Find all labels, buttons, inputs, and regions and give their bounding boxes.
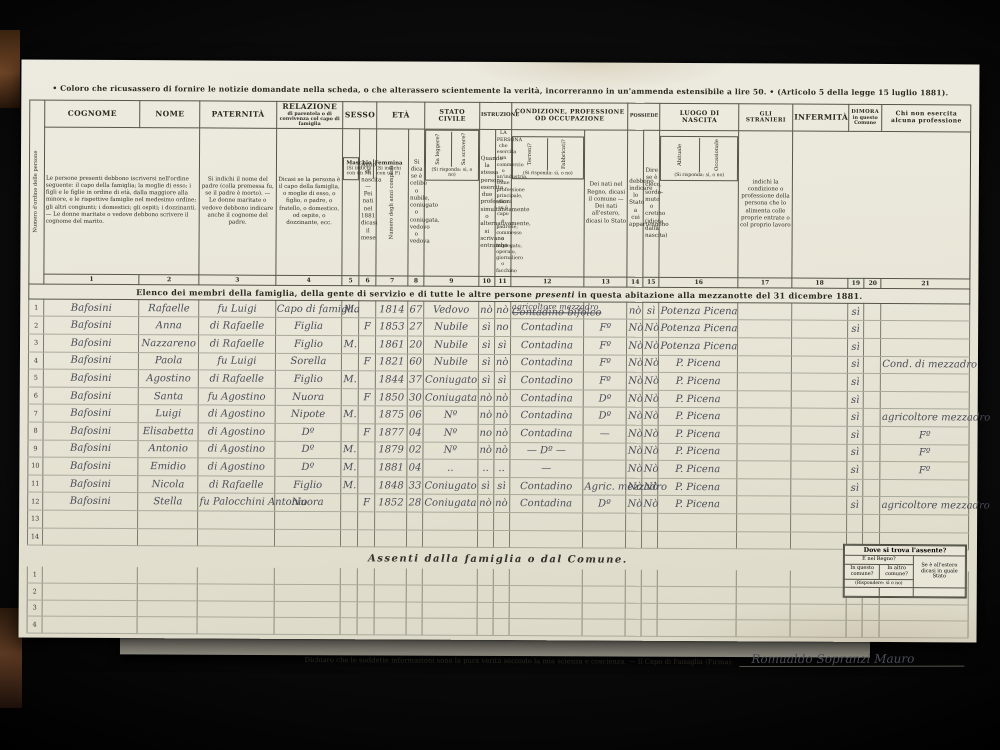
- desc-stato-civile: Si dica se è celibe o nubile, coniugato …: [408, 129, 425, 275]
- cell-stato: Nubile: [424, 319, 479, 337]
- cell-anni: 27: [408, 318, 424, 336]
- cell-terreni: Nò: [627, 337, 643, 355]
- cell-infermita: [790, 604, 846, 621]
- cell-legge: sì: [478, 319, 494, 337]
- cell-anno: 1853: [376, 318, 408, 336]
- cell-anno: 1848: [375, 477, 407, 495]
- cell-anni: 67: [408, 301, 424, 319]
- cell-terreni: [626, 531, 642, 549]
- cell-cond: Contadino: [509, 477, 582, 495]
- cell-abituale: sì: [847, 391, 864, 409]
- cell-cond: [509, 602, 582, 619]
- cell-anni: [406, 585, 422, 602]
- cell-stato: ..: [423, 459, 478, 477]
- cell-paternita: fu Luigi: [199, 300, 275, 318]
- cell-abituale: sì: [846, 497, 863, 515]
- assenti-table: 1234: [27, 567, 969, 638]
- cell-legge: nò: [477, 495, 493, 513]
- cell-anni: 60: [408, 354, 424, 372]
- cell-sf: [358, 512, 375, 530]
- cell-anni: 04: [407, 424, 423, 442]
- cell-anni: 28: [407, 494, 423, 512]
- cell-luogo: [657, 619, 736, 636]
- cell-cognome: Bafosini: [43, 387, 138, 405]
- cell-luogo: P. Picena: [658, 496, 737, 514]
- cell-paternita: di Agostino: [198, 405, 274, 423]
- cell-sm: [341, 494, 358, 512]
- cell-infermita: [791, 514, 847, 532]
- cell-sm: [341, 424, 358, 442]
- cell-condx: [583, 530, 626, 548]
- cell-abituale: sì: [847, 356, 864, 374]
- cell-paternita: [197, 601, 273, 618]
- cell-sf: [358, 441, 375, 459]
- cell-paternita: di Agostino: [198, 440, 274, 458]
- col-number: 7: [376, 276, 408, 286]
- cell-chinon: [879, 621, 968, 638]
- cell-legge: [477, 512, 493, 530]
- cell-fabbricati: Nò: [642, 460, 658, 478]
- cell-scrive: sì: [494, 336, 510, 354]
- cell-scrive: nò: [494, 407, 510, 425]
- desc-istruzione: Sa leggere? Sa scrivere? (Si risponda: s…: [425, 130, 479, 181]
- cell-occasionale: [862, 621, 879, 638]
- desc-sesso: Maschio(Si indichi con un M) Femmina(Si …: [343, 157, 359, 180]
- cell-occasionale: [864, 338, 881, 356]
- cell-fabbricati: Nò: [642, 496, 658, 514]
- col-number: 20: [864, 278, 881, 288]
- cell-cognome: Bafosini: [43, 422, 138, 440]
- col-number: 2: [139, 274, 199, 284]
- cell-chinon: [880, 479, 969, 497]
- cell-nome: Elisabetta: [138, 423, 198, 441]
- cell-sf: F: [359, 353, 376, 371]
- desc-anno-nascita: Anno di nascita — Pei nati nel 1881 dica…: [359, 129, 377, 275]
- assente-box-table: Dove si trova l'assente? È nel Regno? Se…: [844, 545, 966, 597]
- cell-fabbricati: Nò: [642, 443, 658, 461]
- col-number: 13: [584, 277, 627, 287]
- cell-luogo: Potenza Picena: [659, 320, 738, 338]
- cell-abituale: sì: [847, 303, 864, 321]
- desc-possiede: Terreni? Fabbricati? (Si risponda: sì, o…: [512, 136, 585, 179]
- cell-infermita: [790, 571, 846, 588]
- cell-condx: Dº: [583, 390, 626, 408]
- col-number: 12: [511, 276, 584, 286]
- cell-fabbricati: Nò: [643, 372, 659, 390]
- cell-sm: [341, 529, 358, 547]
- cell-fabbricati: [642, 586, 658, 603]
- cell-infermita: [791, 461, 847, 479]
- cell-sm: M.: [341, 476, 358, 494]
- cell-scrive: [493, 619, 509, 636]
- cell-legge: sì: [478, 336, 494, 354]
- cell-chinon: [881, 391, 970, 409]
- cell-anno: 1881: [375, 459, 407, 477]
- cell-condx: Dº: [583, 407, 626, 425]
- cell-sf: [359, 371, 376, 389]
- cell-stranieri: [736, 620, 790, 637]
- col-header-sesso: SESSO: [343, 102, 377, 130]
- cell-sf: [359, 336, 376, 354]
- cell-nome: Agostino: [138, 370, 198, 388]
- cell-abituale: [846, 604, 863, 621]
- cell-infermita: [792, 320, 848, 338]
- cell-cognome: [42, 567, 137, 584]
- cell-luogo: P. Picena: [658, 478, 737, 496]
- cell-scrive: [493, 512, 509, 530]
- cell-condx: [582, 586, 625, 603]
- cell-occasionale: [863, 444, 880, 462]
- cell-stranieri: [737, 531, 791, 549]
- cell-n: 10: [28, 457, 43, 475]
- desc-infermita: Dire se è cieco, sordo-muto o cretino (i…: [643, 131, 660, 277]
- cell-fabbricati: Nò: [643, 390, 659, 408]
- cell-sf: F: [359, 318, 376, 336]
- cell-condx: Fº: [583, 372, 626, 390]
- cell-paternita: fu Palocchini Antonio: [198, 493, 274, 511]
- cell-scrive: sì: [494, 372, 510, 390]
- cell-chinon: agricoltore mezzadro: [881, 409, 970, 427]
- col-number: 21: [881, 278, 970, 288]
- cell-stranieri: [737, 478, 791, 496]
- col-header-chi-non-esercita: Chi non esercita alcuna professione: [882, 105, 971, 133]
- cell-nome: [137, 600, 197, 617]
- cell-sf: F: [358, 389, 375, 407]
- col-number: 6: [359, 276, 376, 286]
- cell-anno: [375, 512, 407, 530]
- cell-terreni: Nò: [626, 425, 642, 443]
- cell-stranieri: [738, 373, 792, 391]
- cell-occasionale: [864, 356, 881, 374]
- cell-stato: Coniugata: [423, 389, 478, 407]
- cell-anno: 1821: [376, 353, 408, 371]
- desc-luogo-nascita: Dei nati nel Regno, dicasi il comune — D…: [584, 130, 628, 277]
- cell-cond: Contadino: [510, 372, 583, 390]
- cell-sm: [340, 601, 357, 618]
- cell-anno: [374, 585, 406, 602]
- cell-anno: 1861: [376, 336, 408, 354]
- cell-terreni: Nò: [626, 408, 642, 426]
- cell-cond: Contadina: [510, 407, 583, 425]
- desc-anni-compiuti: Numero degli anni compiuti: [376, 129, 409, 276]
- cell-abituale: sì: [847, 426, 864, 444]
- cell-cognome: Bafosini: [43, 404, 138, 422]
- cell-sm: [341, 512, 358, 530]
- cell-nome: Santa: [138, 387, 198, 405]
- desc-relazione: Dicasi se la persona è il capo della fam…: [275, 129, 343, 276]
- desc-dimora: Abituale Occasionale (Si risponda: sì, o…: [660, 136, 738, 181]
- cell-stranieri: [737, 426, 791, 444]
- cell-anni: [407, 512, 423, 530]
- cell-occasionale: [864, 321, 881, 339]
- cell-luogo: P. Picena: [658, 408, 737, 426]
- cell-stranieri: [738, 303, 792, 321]
- col-number: 10: [479, 276, 495, 286]
- cell-anno: [375, 529, 407, 547]
- cell-n: 9: [28, 440, 43, 458]
- col-header-infermita: INFERMITÀ: [793, 104, 849, 132]
- cell-stranieri: [737, 496, 791, 514]
- cell-cond: [509, 619, 582, 636]
- cell-paternita: [198, 584, 274, 601]
- col-number: 3: [199, 275, 275, 285]
- cell-nome: Antonio: [138, 440, 198, 458]
- cell-sf: [357, 618, 374, 635]
- cell-stato: Nubile: [424, 336, 479, 354]
- cell-stranieri: [738, 391, 792, 409]
- cell-n: 1: [27, 567, 42, 584]
- cell-fabbricati: [641, 603, 657, 620]
- cell-condx: [583, 443, 626, 461]
- cell-infermita: [791, 479, 847, 497]
- col-number: 16: [659, 277, 738, 287]
- cell-n: 2: [29, 316, 44, 334]
- cell-sm: M.: [341, 406, 358, 424]
- cell-paternita: [198, 568, 274, 585]
- cell-legge: [477, 602, 493, 619]
- cell-anni: [406, 618, 422, 635]
- cell-cognome: Bafosini: [43, 369, 138, 387]
- cell-luogo: P. Picena: [659, 390, 738, 408]
- assenti-title: Assenti dalla famiglia o dal Comune.: [27, 552, 969, 568]
- col-header-relazione: RELAZIONEdi parentela o di convivenza co…: [276, 101, 343, 129]
- cell-occasionale: [864, 391, 881, 409]
- cell-anno: [374, 568, 406, 585]
- cell-n: 2: [27, 583, 42, 600]
- cell-scrive: nò: [494, 424, 510, 442]
- cell-sm: [341, 568, 358, 585]
- cell-stato: Nº: [423, 406, 478, 424]
- col-number: 14: [627, 277, 643, 287]
- desc-chi-non-esercita: indichi la condizione o professione dell…: [738, 131, 792, 278]
- cell-luogo: [658, 586, 737, 603]
- cell-stato: Coniugato: [423, 477, 478, 495]
- cell-relazione: Dº: [274, 441, 341, 459]
- cell-anno: 1879: [375, 441, 407, 459]
- cell-n: 13: [28, 510, 43, 528]
- header-desc-row: Le persone presenti debbono iscriversi n…: [29, 127, 971, 278]
- cell-terreni: Nò: [627, 390, 643, 408]
- cell-stato: [423, 512, 478, 530]
- cell-relazione: [274, 511, 341, 529]
- cell-relazione: [274, 601, 341, 618]
- cell-nome: [137, 584, 197, 601]
- cell-anno: 1875: [375, 406, 407, 424]
- cell-luogo: [658, 531, 737, 549]
- cell-scrive: no: [494, 319, 510, 337]
- cell-relazione: Figlio: [275, 335, 342, 353]
- desc-paternita: Si indichi il nome del padre (colla prem…: [199, 128, 276, 275]
- cell-anni: 37: [407, 371, 423, 389]
- cell-anni: [406, 569, 422, 586]
- cell-infermita: [791, 444, 847, 462]
- cell-cognome: Bafosini: [43, 457, 138, 475]
- cell-nome: Rafaelle: [139, 299, 199, 317]
- cell-fabbricati: Nò: [642, 478, 658, 496]
- cell-condx: Dº: [583, 495, 626, 513]
- cell-legge: [477, 586, 493, 603]
- cell-scrive: sì: [493, 477, 509, 495]
- cell-terreni: [626, 570, 642, 587]
- cell-luogo: P. Picena: [658, 460, 737, 478]
- cell-n: 6: [28, 387, 43, 405]
- cell-relazione: Figlia: [275, 318, 342, 336]
- assente-location-box: Dove si trova l'assente? È nel Regno? Se…: [843, 544, 967, 598]
- cell-n: 12: [28, 492, 43, 510]
- cell-infermita: [792, 303, 848, 321]
- cell-sf: F: [358, 494, 375, 512]
- cell-scrive: nò: [494, 301, 510, 319]
- census-table: Numero d'ordine delle persone COGNOME NO…: [27, 100, 971, 551]
- cell-scrive: ..: [494, 460, 510, 478]
- cell-abituale: sì: [847, 338, 864, 356]
- cell-chinon: Fº: [880, 426, 969, 444]
- col-header-stranieri: GLI STRANIERI: [739, 104, 793, 132]
- cell-relazione: [274, 584, 341, 601]
- cell-infermita: [791, 373, 847, 391]
- cell-cognome: [42, 583, 137, 600]
- cell-scrive: [493, 569, 509, 586]
- cell-n: 11: [28, 475, 43, 493]
- col-header-numero: Numero d'ordine delle persone: [29, 100, 45, 284]
- cell-abituale: [846, 514, 863, 532]
- cell-anno: 1852: [375, 494, 407, 512]
- cell-fabbricati: Nò: [642, 425, 658, 443]
- cell-infermita: [791, 338, 847, 356]
- label-sa-scrivere: Sa scrivere?: [462, 133, 468, 165]
- cell-cognome: [43, 510, 138, 528]
- cell-abituale: sì: [847, 321, 864, 339]
- cell-infermita: [791, 356, 847, 374]
- cell-terreni: [626, 513, 642, 531]
- cell-cognome: Bafosini: [44, 299, 139, 317]
- cell-cond: Contadina: [510, 425, 583, 443]
- cell-anni: 06: [407, 406, 423, 424]
- cell-luogo: [658, 513, 737, 531]
- cell-condx: Agric. mezzadro: [583, 478, 626, 496]
- col-header-condizione: CONDIZIONE, PROFESSIONE OD OCCUPAZIONE: [511, 103, 628, 131]
- cell-scrive: nò: [494, 442, 510, 460]
- cell-stato: Nº: [423, 424, 478, 442]
- cell-anni: 20: [408, 336, 424, 354]
- cell-condx: [582, 619, 625, 636]
- col-number: 15: [643, 277, 659, 287]
- cell-occasionale: [864, 303, 881, 321]
- cell-condx: [582, 570, 625, 587]
- cell-terreni: Nò: [626, 460, 642, 478]
- col-number: 1: [44, 274, 139, 284]
- cell-chinon: [881, 303, 970, 321]
- table-wood-edge-top: [0, 30, 20, 108]
- penalty-warning: • Coloro che ricusassero di fornire le n…: [29, 84, 971, 98]
- cell-fabbricati: [642, 513, 658, 531]
- col-header-istruzione: ISTRUZIONE: [479, 102, 511, 130]
- label-fabbricati: Fabbricati?: [562, 140, 568, 170]
- cell-nome: [138, 528, 198, 546]
- cell-chinon: [880, 514, 969, 532]
- cell-abituale: sì: [846, 479, 863, 497]
- cell-occasionale: [864, 409, 881, 427]
- cell-scrive: nò: [494, 389, 510, 407]
- cell-paternita: [197, 617, 273, 634]
- cell-n: 3: [28, 334, 43, 352]
- cell-nome: Nicola: [138, 475, 198, 493]
- col-number: 4: [275, 275, 342, 285]
- cell-anni: 02: [407, 442, 423, 460]
- cell-cond: Contadina: [510, 337, 583, 355]
- cell-occasionale: [863, 497, 880, 515]
- table-row: 4: [27, 616, 968, 637]
- col-header-possiede: POSSIEDE: [628, 103, 660, 131]
- cell-infermita: [791, 426, 847, 444]
- cell-luogo: P. Picena: [659, 373, 738, 391]
- assente-box-q2: In altro comune?: [880, 565, 914, 580]
- cell-relazione: [274, 568, 341, 585]
- cell-anno: 1877: [375, 424, 407, 442]
- cell-paternita: di Rafaelle: [199, 370, 275, 388]
- cell-anno: 1814: [376, 301, 408, 319]
- cell-sm: [342, 388, 359, 406]
- photo-background: • Coloro che ricusassero di fornire le n…: [0, 0, 1000, 750]
- cell-condx: Fº: [584, 337, 627, 355]
- col-header-luogo-nascita: LUOGO DI NASCITA: [660, 103, 739, 131]
- label-sa-leggere: Sa leggere?: [436, 134, 442, 165]
- cell-stato: [422, 602, 477, 619]
- col-header-stato-civile: STATO CIVILE: [425, 102, 480, 130]
- label-occasionale: Occasionale: [715, 139, 721, 171]
- cell-sf: [358, 459, 375, 477]
- table-row: 14: [27, 528, 968, 551]
- cell-condx: [583, 460, 626, 478]
- cell-stato: Nº: [423, 442, 478, 460]
- cell-relazione: Nuora: [275, 388, 342, 406]
- col-header-nome: NOME: [140, 101, 200, 129]
- cell-cognome: Bafosini: [43, 475, 138, 493]
- cell-sf: F: [358, 424, 375, 442]
- cell-paternita: di Rafaelle: [199, 317, 275, 335]
- cell-stato: Coniugata: [423, 494, 478, 512]
- cell-legge: nò: [478, 442, 494, 460]
- cell-terreni: [626, 586, 642, 603]
- col-number: 8: [408, 276, 424, 286]
- census-sheet: • Coloro che ricusassero di fornire le n…: [18, 59, 979, 642]
- cell-fabbricati: sì: [643, 302, 659, 320]
- cell-chinon: [879, 604, 968, 621]
- cell-legge: [477, 619, 493, 636]
- cell-legge: no: [478, 424, 494, 442]
- cell-nome: [138, 511, 198, 529]
- cell-sm: M.: [342, 336, 359, 354]
- cell-cond: agricoltore mezzadroContadino bifolco: [510, 301, 583, 319]
- col-number: 9: [424, 276, 479, 286]
- cell-cognome: Bafosini: [44, 317, 139, 335]
- cell-sm: M.: [341, 459, 358, 477]
- cell-anni: 33: [407, 477, 423, 495]
- cell-cond: [509, 569, 582, 586]
- cell-legge: sì: [478, 354, 494, 372]
- cell-anni: 30: [407, 389, 423, 407]
- cell-cond: Contadina: [509, 495, 582, 513]
- cell-cognome: [42, 616, 137, 633]
- cell-condx: Fº: [584, 319, 627, 337]
- assente-box-estero: Se è all'estero dicasi in quale Stato: [913, 556, 965, 588]
- cell-terreni: Nò: [626, 478, 642, 496]
- cell-legge: ..: [478, 460, 494, 478]
- cell-relazione: Capo di famiglia: [275, 300, 342, 318]
- col-number: 17: [738, 278, 792, 288]
- cell-scrive: [493, 586, 509, 603]
- cell-paternita: [198, 528, 274, 546]
